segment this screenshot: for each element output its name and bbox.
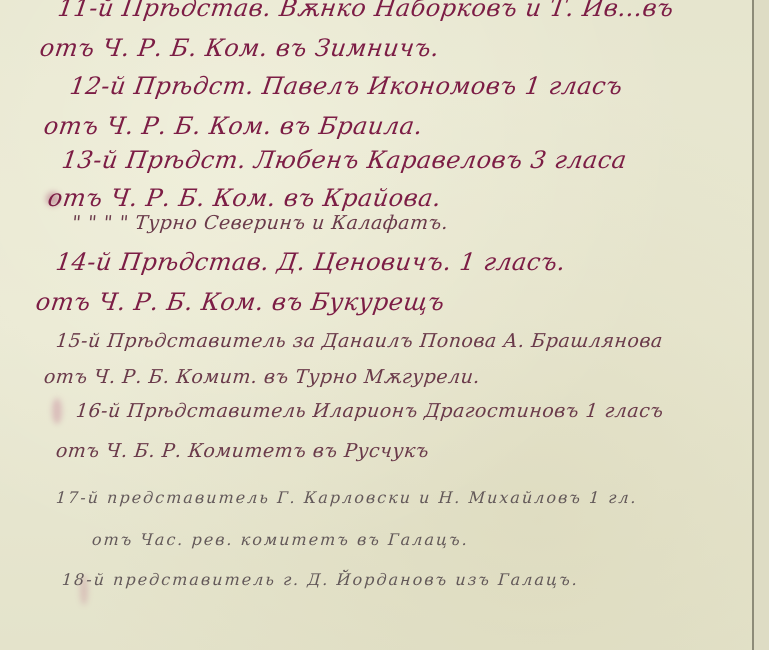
- manuscript-line-13-addendum: " " " " Турно Северинъ и Калафатъ.: [71, 212, 450, 234]
- manuscript-line-15-header: 15-й Прѣдставитель за Данаилъ Попова А. …: [55, 330, 664, 352]
- ink-smudge: [52, 398, 62, 424]
- manuscript-line-17-origin: отъ Час. рев. комитетъ въ Галацъ.: [91, 530, 469, 549]
- manuscript-line-11-header: 11-й Прѣдстав. Вѫнко Наборковъ и Т. Ив..…: [56, 0, 676, 22]
- adjacent-page-strip: [754, 0, 769, 650]
- manuscript-line-16-header: 16-й Прѣдставитель Иларионъ Драгостиновъ…: [75, 400, 665, 422]
- manuscript-line-14-header: 14-й Прѣдстав. Д. Ценовичъ. 1 гласъ.: [54, 248, 568, 276]
- manuscript-line-13-header: 13-й Прѣдст. Любенъ Каравеловъ 3 гласа: [60, 146, 629, 174]
- manuscript-line-14-origin: отъ Ч. Р. Б. Ком. въ Букурещъ: [34, 288, 447, 316]
- manuscript-line-18-header: 18-й представитель г. Д. Йордановъ изъ Г…: [61, 570, 579, 589]
- manuscript-line-16-origin: отъ Ч. Б. Р. Комитетъ въ Русчукъ: [55, 440, 430, 462]
- manuscript-line-11-origin: отъ Ч. Р. Б. Ком. въ Зимничъ.: [38, 34, 441, 62]
- manuscript-line-15-origin: отъ Ч. Р. Б. Комит. въ Турно Мѫгурели.: [43, 366, 481, 388]
- manuscript-page: 11-й Прѣдстав. Вѫнко Наборковъ и Т. Ив..…: [0, 0, 769, 650]
- manuscript-line-13-origin: отъ Ч. Р. Б. Ком. въ Крайова.: [46, 184, 443, 212]
- manuscript-line-12-origin: отъ Ч. Р. Б. Ком. въ Браила.: [42, 112, 425, 140]
- manuscript-line-17-header: 17-й представитель Г. Карловски и Н. Мих…: [55, 488, 638, 507]
- manuscript-line-12-header: 12-й Прѣдст. Павелъ Икономовъ 1 гласъ: [68, 72, 625, 100]
